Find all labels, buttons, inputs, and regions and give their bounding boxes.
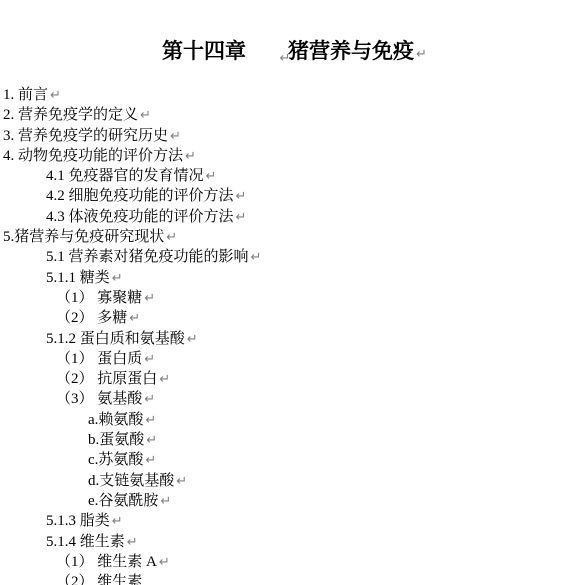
paragraph-mark-icon: ↵ <box>112 271 123 286</box>
toc-line: 4.2 细胞免疫功能的评价方法↵ <box>0 186 568 206</box>
paragraph-mark-icon: ↵ <box>129 311 140 326</box>
toc-line-text: 4.2 细胞免疫功能的评价方法 <box>46 188 234 204</box>
paragraph-mark-icon: ↵ <box>159 372 170 387</box>
toc-list: 1. 前言↵2. 营养免疫学的定义↵3. 营养免疫学的研究历史↵4. 动物免疫功… <box>0 85 568 585</box>
toc-line: b.蛋氨酸↵ <box>0 430 568 450</box>
paragraph-mark-icon: ↵ <box>280 51 291 66</box>
toc-line-text: 5.1 营养素对猪免疫功能的影响 <box>46 249 249 265</box>
paragraph-mark-icon: ↵ <box>160 494 171 509</box>
toc-line-text: d.支链氨基酸 <box>88 473 174 489</box>
toc-line-text: （1） 寡聚糖 <box>56 290 142 306</box>
toc-line-text: 5.1.2 蛋白质和氨基酸 <box>46 331 185 347</box>
toc-line: （1） 维生素 A↵ <box>0 552 568 572</box>
paragraph-mark-icon: ↵ <box>236 210 247 225</box>
toc-line-text: 5.1.4 维生素 <box>46 534 125 550</box>
toc-line: c.苏氨酸↵ <box>0 450 568 470</box>
toc-line-text: b.蛋氨酸 <box>88 432 144 448</box>
paragraph-mark-icon: ↵ <box>145 413 156 428</box>
paragraph-mark-icon: ↵ <box>145 453 156 468</box>
paragraph-mark-icon: ↵ <box>166 230 177 245</box>
toc-line: 5.1.1 糖类↵ <box>0 268 568 288</box>
toc-line: 3. 营养免疫学的研究历史↵ <box>0 126 568 146</box>
toc-line-text: （1） 维生素 A <box>56 554 157 570</box>
toc-line-text: 5.1.1 糖类 <box>46 270 110 286</box>
toc-line: 5.1.2 蛋白质和氨基酸↵ <box>0 329 568 349</box>
toc-line-text: （1） 蛋白质 <box>56 351 142 367</box>
paragraph-mark-icon: ↵ <box>176 474 187 489</box>
paragraph-mark-icon: ↵ <box>50 88 61 103</box>
toc-line: （3） 氨基酸↵ <box>0 389 568 409</box>
paragraph-mark-icon: ↵ <box>206 169 217 184</box>
toc-line-text: 1. 前言 <box>3 87 48 103</box>
toc-line: e.谷氨酰胺↵ <box>0 491 568 511</box>
toc-line-text: （2） 抗原蛋白 <box>56 371 157 387</box>
paragraph-mark-icon: ↵ <box>144 352 155 367</box>
document-page: 第十四章 猪营养与免疫↵ ↵ 1. 前言↵2. 营养免疫学的定义↵3. 营养免疫… <box>0 0 568 585</box>
toc-line-text: （2） 维生素 <box>56 574 142 585</box>
toc-line: （2） 维生素 <box>0 572 568 585</box>
paragraph-mark-icon: ↵ <box>144 291 155 306</box>
toc-line: 5.1.4 维生素↵ <box>0 532 568 552</box>
toc-line-text: 4.1 免疫器官的发育情况 <box>46 168 204 184</box>
toc-line: （2） 多糖↵ <box>0 308 568 328</box>
paragraph-mark-icon: ↵ <box>185 149 196 164</box>
toc-line: 4. 动物免疫功能的评价方法↵ <box>0 146 568 166</box>
toc-line: 5.猪营养与免疫研究现状↵ <box>0 227 568 247</box>
toc-line: 5.1.3 脂类↵ <box>0 511 568 531</box>
paragraph-mark-icon: ↵ <box>140 108 151 123</box>
toc-line-text: c.苏氨酸 <box>88 452 143 468</box>
toc-line: 2. 营养免疫学的定义↵ <box>0 105 568 125</box>
toc-line: d.支链氨基酸↵ <box>0 471 568 491</box>
toc-line: （1） 寡聚糖↵ <box>0 288 568 308</box>
paragraph-mark-icon: ↵ <box>127 535 138 550</box>
toc-line: （2） 抗原蛋白↵ <box>0 369 568 389</box>
toc-line-text: （3） 氨基酸 <box>56 391 142 407</box>
empty-paragraph: ↵ <box>0 46 568 71</box>
toc-line: 5.1 营养素对猪免疫功能的影响↵ <box>0 247 568 267</box>
paragraph-mark-icon: ↵ <box>146 433 157 448</box>
paragraph-mark-icon: ↵ <box>251 250 262 265</box>
paragraph-mark-icon: ↵ <box>236 189 247 204</box>
paragraph-mark-icon: ↵ <box>159 555 170 570</box>
paragraph-mark-icon: ↵ <box>144 392 155 407</box>
toc-line: 1. 前言↵ <box>0 85 568 105</box>
toc-line-text: （2） 多糖 <box>56 310 127 326</box>
toc-line-text: 2. 营养免疫学的定义 <box>3 107 138 123</box>
toc-line-text: 3. 营养免疫学的研究历史 <box>3 128 168 144</box>
toc-line-text: 5.1.3 脂类 <box>46 513 110 529</box>
paragraph-mark-icon: ↵ <box>112 514 123 529</box>
toc-line: 4.3 体液免疫功能的评价方法↵ <box>0 207 568 227</box>
paragraph-mark-icon: ↵ <box>187 332 198 347</box>
toc-line-text: e.谷氨酰胺 <box>88 493 158 509</box>
toc-line: 4.1 免疫器官的发育情况↵ <box>0 166 568 186</box>
toc-line-text: a.赖氨酸 <box>88 412 143 428</box>
toc-line: a.赖氨酸↵ <box>0 410 568 430</box>
toc-line: （1） 蛋白质↵ <box>0 349 568 369</box>
toc-line-text: 4.3 体液免疫功能的评价方法 <box>46 209 234 225</box>
toc-line-text: 5.猪营养与免疫研究现状 <box>3 229 164 245</box>
toc-line-text: 4. 动物免疫功能的评价方法 <box>3 148 183 164</box>
paragraph-mark-icon: ↵ <box>170 129 181 144</box>
